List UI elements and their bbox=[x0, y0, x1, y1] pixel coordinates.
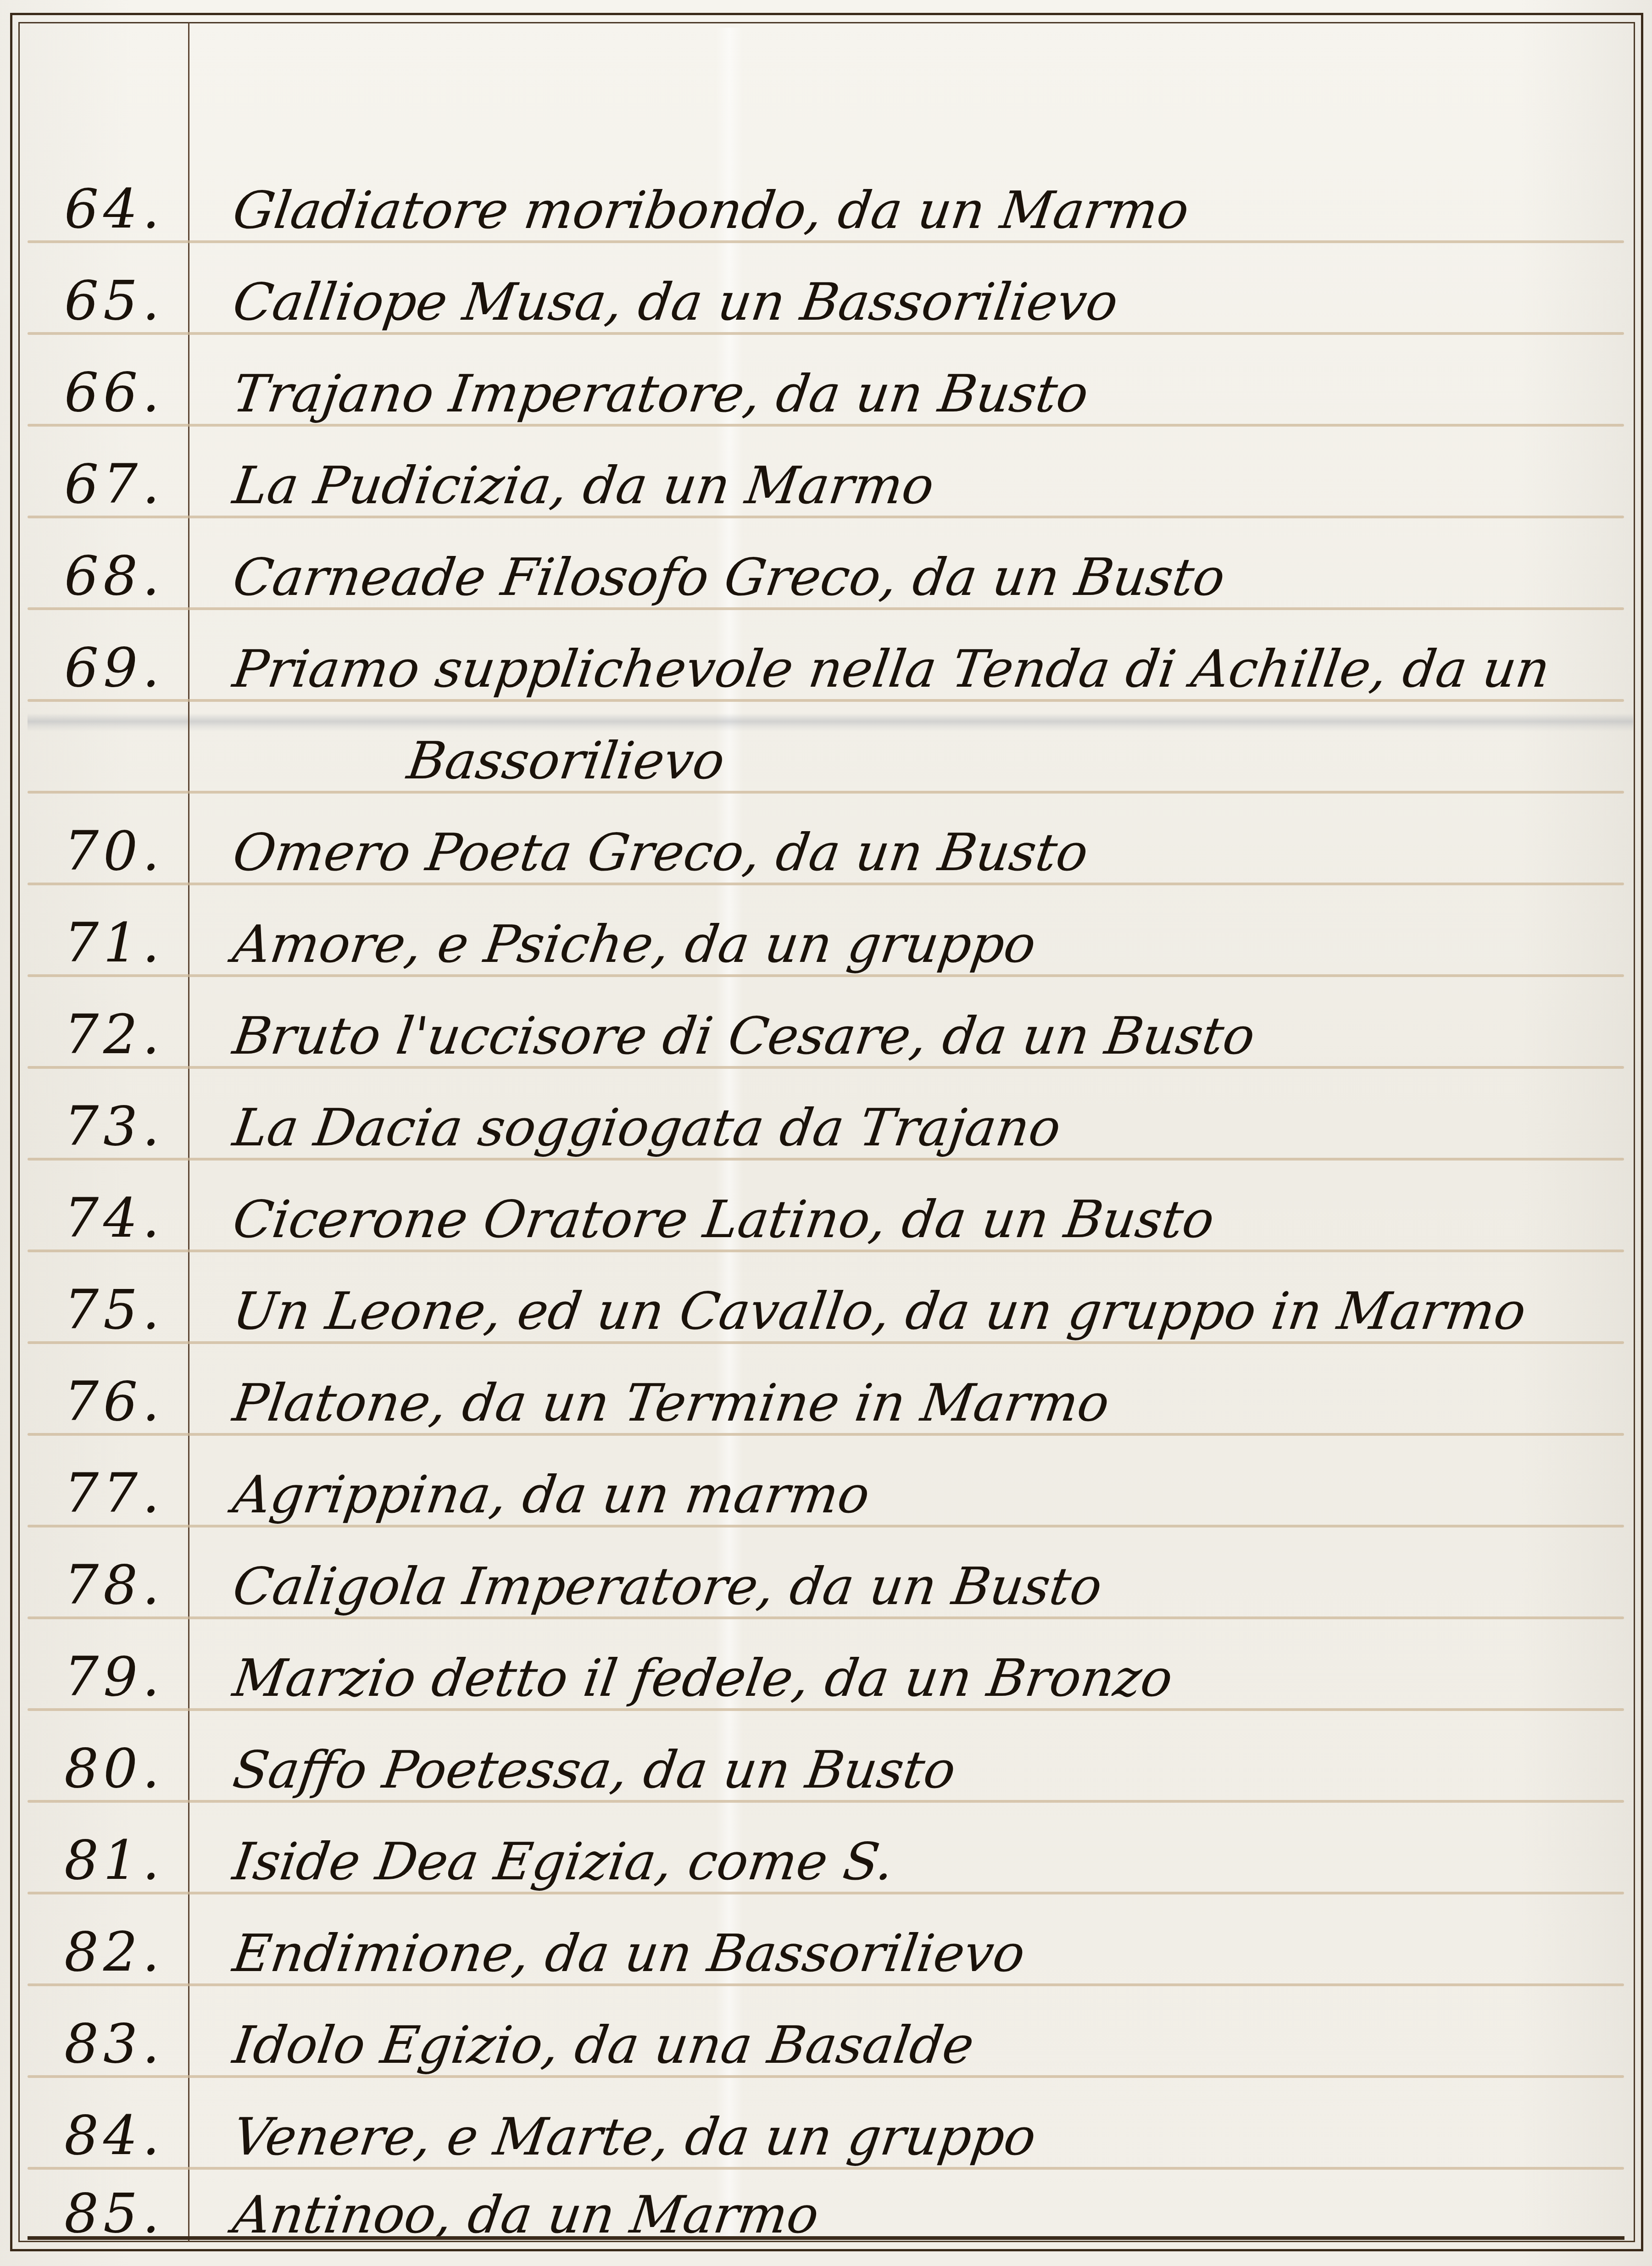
entry-number: 66. bbox=[64, 361, 193, 424]
entry-text: Gladiatore moribondo, da un Marmo bbox=[229, 181, 1193, 240]
entry-row: 75. Un Leone, ed un Cavallo, da un grupp… bbox=[28, 1252, 1624, 1344]
entry-text: Marzio detto il fedele, da un Bronzo bbox=[229, 1649, 1176, 1708]
entry-row: 73. La Dacia soggiogata da Trajano bbox=[28, 1069, 1624, 1161]
entry-row: 79. Marzio detto il fedele, da un Bronzo bbox=[28, 1619, 1624, 1711]
entry-row: 72. Bruto l'uccisore di Cesare, da un Bu… bbox=[28, 977, 1624, 1069]
bottom-border bbox=[28, 2236, 1624, 2240]
entry-row: 74. Cicerone Oratore Latino, da un Busto bbox=[28, 1161, 1624, 1252]
entry-number: 76. bbox=[64, 1370, 193, 1433]
entry-row: 69. Priamo supplichevole nella Tenda di … bbox=[28, 610, 1624, 702]
entry-number: 64. bbox=[64, 177, 193, 240]
entry-text: Amore, e Psiche, da un gruppo bbox=[229, 915, 1040, 974]
entry-row: 71. Amore, e Psiche, da un gruppo bbox=[28, 885, 1624, 977]
entry-number: 77. bbox=[64, 1461, 193, 1525]
entry-text: Saffo Poetessa, da un Busto bbox=[229, 1740, 959, 1800]
entry-number: 67. bbox=[64, 452, 193, 516]
entry-text: Trajano Imperatore, da un Busto bbox=[229, 364, 1092, 424]
entry-row: 66. Trajano Imperatore, da un Busto bbox=[28, 335, 1624, 427]
entry-text: Iside Dea Egizia, come S. bbox=[229, 1832, 898, 1892]
entry-row: 78. Caligola Imperatore, da un Busto bbox=[28, 1527, 1624, 1619]
entry-text: Platone, da un Termine in Marmo bbox=[229, 1373, 1113, 1433]
entry-row: 67. La Pudicizia, da un Marmo bbox=[28, 427, 1624, 518]
entry-text-continuation: Bassorilievo bbox=[404, 731, 729, 791]
entry-number: 82. bbox=[64, 1920, 193, 1983]
entry-number: 70. bbox=[64, 819, 193, 883]
entry-text: Endimione, da un Bassorilievo bbox=[229, 1924, 1029, 1983]
entry-row: 77. Agrippina, da un marmo bbox=[28, 1436, 1624, 1527]
entry-number: 73. bbox=[64, 1094, 193, 1158]
entry-row: 80. Saffo Poetessa, da un Busto bbox=[28, 1711, 1624, 1803]
entry-text: Omero Poeta Greco, da un Busto bbox=[229, 823, 1092, 883]
entry-text: Caligola Imperatore, da un Busto bbox=[229, 1557, 1106, 1616]
entry-number: 69. bbox=[64, 636, 193, 699]
entry-number: 78. bbox=[64, 1553, 193, 1616]
entry-number: 83. bbox=[64, 2012, 193, 2075]
entry-text: La Dacia soggiogata da Trajano bbox=[229, 1098, 1064, 1158]
entry-number: 80. bbox=[64, 1737, 193, 1800]
entry-number: 71. bbox=[64, 911, 193, 974]
entry-row: 64. Gladiatore moribondo, da un Marmo bbox=[28, 151, 1624, 243]
entry-text: Calliope Musa, da un Bassorilievo bbox=[229, 272, 1122, 332]
entry-number: 72. bbox=[64, 1003, 193, 1066]
entry-number: 75. bbox=[64, 1278, 193, 1341]
entry-number: 74. bbox=[64, 1186, 193, 1250]
entry-text: Un Leone, ed un Cavallo, da un gruppo in… bbox=[229, 1282, 1530, 1341]
entry-row: 81. Iside Dea Egizia, come S. bbox=[28, 1803, 1624, 1894]
entry-text: Bruto l'uccisore di Cesare, da un Busto bbox=[229, 1006, 1258, 1066]
ledger-page: 64. Gladiatore moribondo, da un Marmo 65… bbox=[0, 0, 1652, 2266]
entry-text: Carneade Filosofo Greco, da un Busto bbox=[229, 548, 1229, 607]
entry-row: 68. Carneade Filosofo Greco, da un Busto bbox=[28, 518, 1624, 610]
entry-row: 83. Idolo Egizio, da una Basalde bbox=[28, 1986, 1624, 2078]
entry-text: Priamo supplichevole nella Tenda di Achi… bbox=[229, 639, 1553, 699]
entry-number: 65. bbox=[64, 269, 193, 332]
entry-number: 81. bbox=[64, 1828, 193, 1892]
entry-text: Cicerone Oratore Latino, da un Busto bbox=[229, 1190, 1218, 1250]
entry-row: 82. Endimione, da un Bassorilievo bbox=[28, 1894, 1624, 1986]
entry-row: 76. Platone, da un Termine in Marmo bbox=[28, 1344, 1624, 1436]
entry-text: La Pudicizia, da un Marmo bbox=[229, 456, 938, 516]
entry-row: 85. Antinoo, da un Marmo bbox=[28, 2156, 1624, 2248]
entry-number: 68. bbox=[64, 544, 193, 607]
entry-row: 65. Calliope Musa, da un Bassorilievo bbox=[28, 243, 1624, 335]
entry-row: 70. Omero Poeta Greco, da un Busto bbox=[28, 794, 1624, 885]
entry-number: 85. bbox=[64, 2182, 193, 2245]
entry-text: Idolo Egizio, da una Basalde bbox=[229, 2016, 978, 2075]
entry-row-continuation: Bassorilievo bbox=[28, 702, 1624, 794]
entry-number: 79. bbox=[64, 1645, 193, 1708]
entry-text: Agrippina, da un marmo bbox=[229, 1465, 873, 1525]
